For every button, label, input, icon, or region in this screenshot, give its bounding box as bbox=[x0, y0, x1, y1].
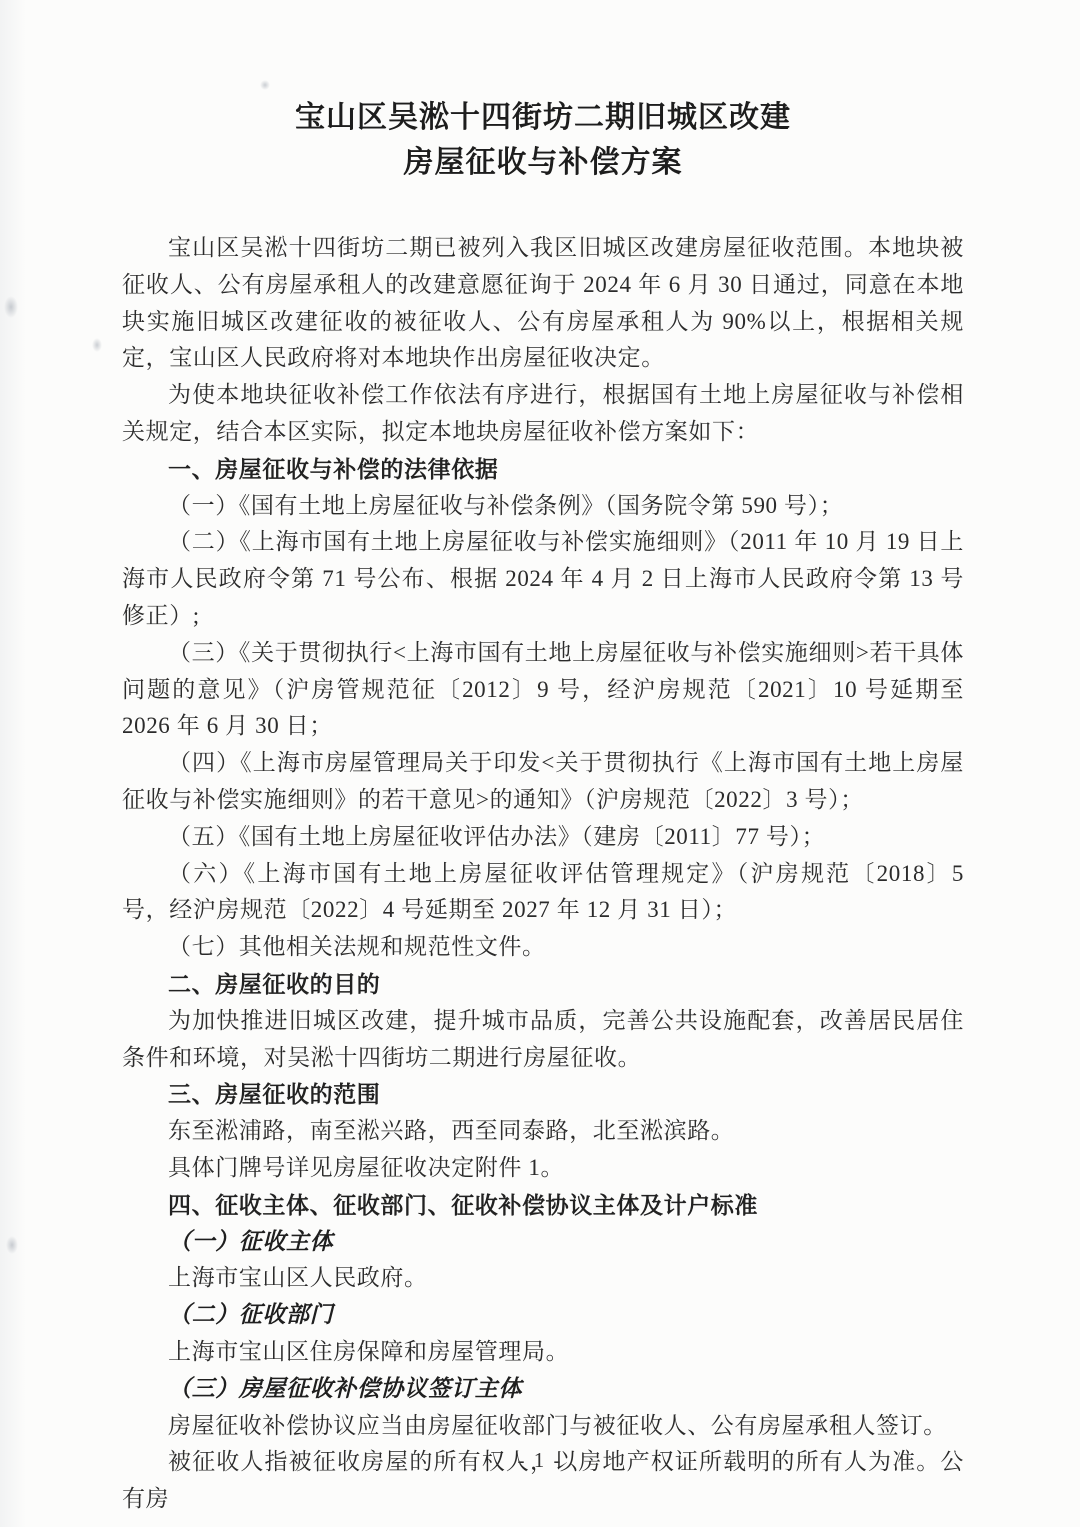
list-item: （六）《上海市国有土地上房屋征收评估管理规定》（沪房规范〔2018〕5 号，经沪… bbox=[122, 856, 964, 930]
sub-heading: （一）征收主体 bbox=[122, 1224, 964, 1261]
scan-smudge bbox=[92, 338, 102, 352]
paragraph: 宝山区吴淞十四街坊二期已被列入我区旧城区改建房屋征收范围。本地块被征收人、公有房… bbox=[122, 230, 964, 377]
document-body: 宝山区吴淞十四街坊二期已被列入我区旧城区改建房屋征收范围。本地块被征收人、公有房… bbox=[122, 230, 964, 1518]
section-heading-2: 二、房屋征收的目的 bbox=[122, 966, 964, 1003]
list-item: （七）其他相关法规和规范性文件。 bbox=[122, 929, 964, 966]
paragraph: 东至淞浦路，南至淞兴路，西至同泰路，北至淞滨路。 bbox=[122, 1113, 964, 1150]
scan-smudge bbox=[4, 296, 18, 318]
scanned-document-page: 宝山区吴淞十四街坊二期旧城区改建 房屋征收与补偿方案 宝山区吴淞十四街坊二期已被… bbox=[0, 0, 1080, 1527]
paragraph: 上海市宝山区人民政府。 bbox=[122, 1260, 964, 1297]
paragraph: 上海市宝山区住房保障和房屋管理局。 bbox=[122, 1334, 964, 1371]
list-item: （五）《国有土地上房屋征收评估办法》（建房〔2011〕77 号）； bbox=[122, 819, 964, 856]
list-item: （一）《国有土地上房屋征收与补偿条例》（国务院令第 590 号）； bbox=[122, 488, 964, 525]
list-item: （四）《上海市房屋管理局关于印发<关于贯彻执行《上海市国有土地上房屋征收与补偿实… bbox=[122, 745, 964, 819]
scan-smudge bbox=[6, 1236, 18, 1254]
paragraph: 房屋征收补偿协议应当由房屋征收部门与被征收人、公有房屋承租人签订。 bbox=[122, 1408, 964, 1445]
document-title-line-2: 房屋征收与补偿方案 bbox=[122, 140, 964, 185]
section-heading-3: 三、房屋征收的范围 bbox=[122, 1076, 964, 1113]
document-title-line-1: 宝山区吴淞十四街坊二期旧城区改建 bbox=[122, 95, 964, 140]
sub-heading: （三）房屋征收补偿协议签订主体 bbox=[122, 1371, 964, 1408]
scan-edge-shading bbox=[0, 0, 26, 1527]
list-item: （二）《上海市国有土地上房屋征收与补偿实施细则》（2011 年 10 月 19 … bbox=[122, 524, 964, 634]
paragraph: 为使本地块征收补偿工作依法有序进行，根据国有土地上房屋征收与补偿相关规定，结合本… bbox=[122, 377, 964, 451]
section-heading-1: 一、房屋征收与补偿的法律依据 bbox=[122, 451, 964, 488]
document-content: 宝山区吴淞十四街坊二期旧城区改建 房屋征收与补偿方案 宝山区吴淞十四街坊二期已被… bbox=[122, 0, 964, 1518]
list-item: （三）《关于贯彻执行<上海市国有土地上房屋征收与补偿实施细则>若干具体问题的意见… bbox=[122, 635, 964, 745]
page-number: - 1 - bbox=[0, 1448, 1080, 1473]
paragraph: 具体门牌号详见房屋征收决定附件 1。 bbox=[122, 1150, 964, 1187]
section-heading-4: 四、征收主体、征收部门、征收补偿协议主体及计户标准 bbox=[122, 1187, 964, 1224]
paragraph: 为加快推进旧城区改建，提升城市品质，完善公共设施配套，改善居民居住条件和环境，对… bbox=[122, 1003, 964, 1077]
sub-heading: （二）征收部门 bbox=[122, 1297, 964, 1334]
document-title: 宝山区吴淞十四街坊二期旧城区改建 房屋征收与补偿方案 bbox=[122, 95, 964, 185]
